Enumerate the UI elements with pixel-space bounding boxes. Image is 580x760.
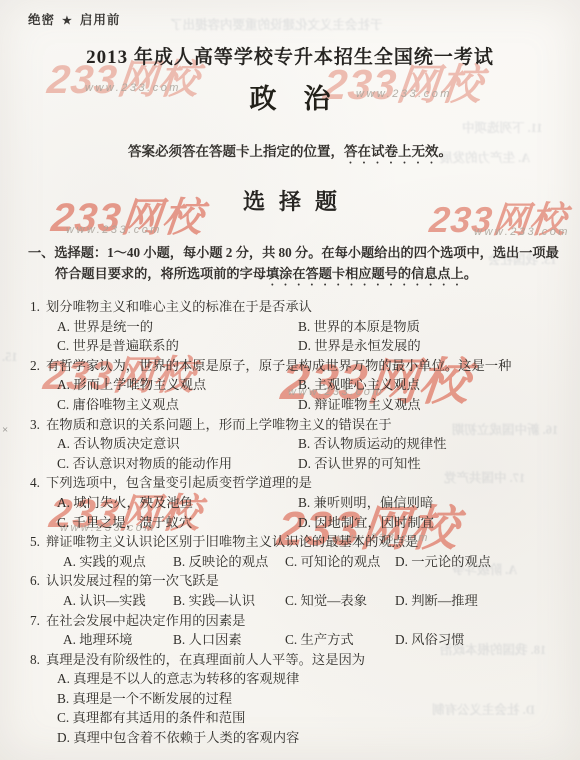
question-7-option-a: A. 地理环境 — [63, 630, 173, 650]
question-list: 1.划分唯物主义和唯心主义的标准在于是否承认 A. 世界是统一的 B. 世界的本… — [30, 297, 566, 748]
question-1-number: 1. — [30, 299, 40, 314]
notice-emphasis: 答在试卷上无效 — [344, 144, 439, 159]
exam-title: 2013 年成人高等学校专升本招生全国统一考试 — [0, 42, 580, 69]
question-4-option-d: D. 因地制宜，因时制宜 — [298, 513, 566, 533]
security-header: 绝密★启用前 — [28, 10, 580, 28]
stage-label: 启用前 — [80, 13, 121, 27]
star-icon: ★ — [62, 15, 73, 27]
subject-title: 政 治 — [0, 77, 580, 116]
question-2-option-a: A. 形而上学唯物主义观点 — [57, 375, 298, 395]
question-7: 7.在社会发展中起决定作用的因素是 A. 地理环境 B. 人口因素 C. 生产方… — [30, 611, 566, 650]
question-6-option-b: B. 实践—认识 — [173, 591, 285, 611]
question-5-option-b: B. 反映论的观点 — [173, 552, 285, 572]
question-6-stem: 认识发展过程的第一次飞跃是 — [46, 573, 219, 588]
question-3-option-c: C. 否认意识对物质的能动作用 — [57, 454, 298, 474]
question-4-number: 4. — [30, 475, 40, 490]
question-5-options: A. 实践的观点 B. 反映论的观点 C. 可知论的观点 D. 一元论的观点 — [30, 552, 566, 572]
question-2-option-d: D. 辩证唯物主义观点 — [298, 395, 566, 415]
question-8-stem: 真理是没有阶级性的，在真理面前人人平等。这是因为 — [46, 652, 365, 667]
question-6-option-c: C. 知觉—表象 — [285, 591, 395, 611]
question-3-options: A. 否认物质决定意识 B. 否认物质运动的规律性 C. 否认意识对物质的能动作… — [30, 434, 566, 473]
question-1-option-c: C. 世界是普遍联系的 — [57, 336, 298, 356]
question-7-options: A. 地理环境 B. 人口因素 C. 生产方式 D. 风俗习惯 — [30, 630, 566, 650]
question-8-option-b: B. 真理是一个不断发展的过程 — [57, 689, 566, 709]
question-3-option-a: A. 否认物质决定意识 — [57, 434, 298, 454]
question-8-option-c: C. 真理都有其适用的条件和范围 — [57, 708, 566, 728]
question-3-option-d: D. 否认世界的可知性 — [298, 454, 566, 474]
question-4-option-b: B. 兼听则明，偏信则暗 — [298, 493, 566, 513]
question-3-option-b: B. 否认物质运动的规律性 — [298, 434, 566, 454]
question-5-option-d: D. 一元论的观点 — [395, 552, 566, 572]
question-8-option-a: A. 真理是不以人的意志为转移的客观规律 — [57, 669, 566, 689]
exam-paper-page: 于社会主义文化建设的重要内容提出了 11. 下列选项中 A. 生产力的发展 13… — [0, 0, 580, 760]
question-3-stem: 在物质和意识的关系问题上，形而上学唯物主义的错误在于 — [46, 417, 392, 432]
question-7-stem: 在社会发展中起决定作用的因素是 — [46, 613, 245, 628]
question-1-options: A. 世界是统一的 B. 世界的本原是物质 C. 世界是普遍联系的 D. 世界是… — [30, 317, 566, 356]
question-1-option-a: A. 世界是统一的 — [57, 317, 298, 337]
question-2-option-b: B. 主观唯心主义观点 — [298, 375, 566, 395]
question-7-option-b: B. 人口因素 — [173, 630, 285, 650]
question-1-stem: 划分唯物主义和唯心主义的标准在于是否承认 — [46, 299, 312, 314]
question-1-option-b: B. 世界的本原是物质 — [298, 317, 566, 337]
question-3-number: 3. — [30, 417, 40, 432]
question-2-stem: 有哲学家认为，世界的本原是原子，原子是构成世界万物的最小单位。这是一种 — [46, 358, 511, 373]
question-7-option-d: D. 风俗习惯 — [395, 630, 566, 650]
question-7-number: 7. — [30, 613, 40, 628]
question-6-options: A. 认识—实践 B. 实践—认识 C. 知觉—表象 D. 判断—推理 — [30, 591, 566, 611]
question-5-number: 5. — [30, 534, 40, 549]
question-8: 8.真理是没有阶级性的，在真理面前人人平等。这是因为 A. 真理是不以人的意志为… — [30, 650, 566, 748]
answer-notice: 答案必须答在答题卡上指定的位置，答在试卷上无效。 — [0, 140, 580, 167]
question-2-option-c: C. 庸俗唯物主义观点 — [57, 395, 298, 415]
question-5: 5.辩证唯物主义认识论区别于旧唯物主义认识论的最基本的观点是 A. 实践的观点 … — [30, 532, 566, 571]
question-4-options: A. 城门失火，殃及池鱼 B. 兼听则明，偏信则暗 C. 千里之堤，溃于蚁穴 D… — [30, 493, 566, 532]
question-5-option-c: C. 可知论的观点 — [285, 552, 395, 572]
instructions-emphasis: 填涂在答题卡相应题号的信息点上 — [266, 266, 464, 281]
question-6: 6.认识发展过程的第一次飞跃是 A. 认识—实践 B. 实践—认识 C. 知觉—… — [30, 571, 566, 610]
question-5-stem: 辩证唯物主义认识论区别于旧唯物主义认识论的最基本的观点是 — [46, 534, 418, 549]
question-4-option-a: A. 城门失火，殃及池鱼 — [57, 493, 298, 513]
question-1: 1.划分唯物主义和唯心主义的标准在于是否承认 A. 世界是统一的 B. 世界的本… — [30, 297, 566, 356]
security-label: 绝密 — [28, 13, 55, 27]
question-6-option-a: A. 认识—实践 — [63, 591, 173, 611]
question-8-option-d: D. 真理中包含着不依赖于人类的客观内容 — [57, 728, 566, 748]
question-1-option-d: D. 世界是永恒发展的 — [298, 336, 566, 356]
question-4: 4.下列选项中，包含量变引起质变哲学道理的是 A. 城门失火，殃及池鱼 B. 兼… — [30, 473, 566, 532]
question-8-options: A. 真理是不以人的意志为转移的客观规律 B. 真理是一个不断发展的过程 C. … — [30, 669, 566, 747]
question-8-number: 8. — [30, 652, 40, 667]
question-7-option-c: C. 生产方式 — [285, 630, 395, 650]
question-3: 3.在物质和意识的关系问题上，形而上学唯物主义的错误在于 A. 否认物质决定意识… — [30, 415, 566, 474]
question-2: 2.有哲学家认为，世界的本原是原子，原子是构成世界万物的最小单位。这是一种 A.… — [30, 356, 566, 415]
section-instructions: 一、选择题：1～40 小题，每小题 2 分，共 80 分。在每小题给出的四个选项… — [28, 242, 570, 289]
section-heading: 选择题 — [0, 185, 580, 216]
question-4-stem: 下列选项中，包含量变引起质变哲学道理的是 — [46, 475, 312, 490]
question-5-option-a: A. 实践的观点 — [63, 552, 173, 572]
question-2-number: 2. — [30, 358, 40, 373]
question-6-option-d: D. 判断—推理 — [395, 591, 566, 611]
question-4-option-c: C. 千里之堤，溃于蚁穴 — [57, 513, 298, 533]
question-6-number: 6. — [30, 573, 40, 588]
question-2-options: A. 形而上学唯物主义观点 B. 主观唯心主义观点 C. 庸俗唯物主义观点 D.… — [30, 375, 566, 414]
